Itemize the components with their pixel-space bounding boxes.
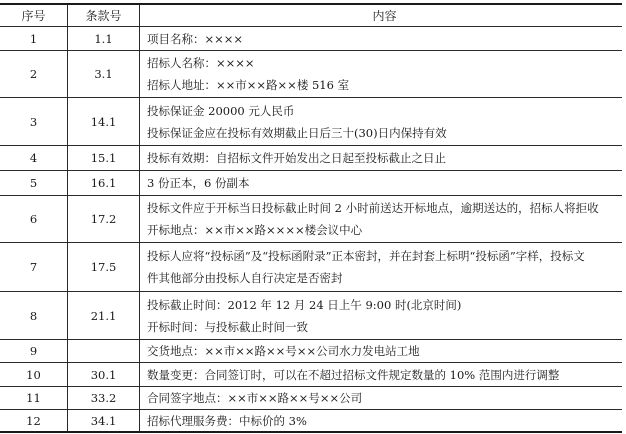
clause-number-cell: 16.1 <box>68 171 140 195</box>
clause-number-cell: 34.1 <box>68 410 140 431</box>
serial-number-cell: 3 <box>0 98 68 145</box>
content-line: 项目名称：×××× <box>147 28 243 50</box>
table-row: 821.1投标截止时间：2012 年 12 月 24 日上午 9:00 时(北京… <box>0 292 622 340</box>
content-cell: 数量变更：合同签订时，可以在不超过招标文件规定数量的 10% 范围内进行调整 <box>140 363 622 386</box>
content-line: 开标地点：××市××路××××楼会议中心 <box>147 219 362 241</box>
table-row: 1133.2合同签字地点：××市××路××号××公司 <box>0 387 622 410</box>
clause-number-cell: 33.2 <box>68 387 140 409</box>
content-line: 交货地点：××市××路××号××公司水力发电站工地 <box>147 340 420 362</box>
content-line: 开标时间：与投标截止时间一致 <box>147 316 308 338</box>
table-row: 1030.1数量变更：合同签订时，可以在不超过招标文件规定数量的 10% 范围内… <box>0 363 622 387</box>
clause-number-cell: 1.1 <box>68 27 140 50</box>
content-line: 件其他部分由投标人自行决定是否密封 <box>147 267 343 289</box>
header-serial-number: 序号 <box>0 5 68 26</box>
table-row: 617.2投标文件应于开标当日投标截止时间 2 小时前送达开标地点，逾期送达的，… <box>0 196 622 243</box>
header-content-label: 内容 <box>372 7 396 24</box>
content-cell: 投标文件应于开标当日投标截止时间 2 小时前送达开标地点，逾期送达的，招标人将拒… <box>140 196 622 242</box>
table-row: 9交货地点：××市××路××号××公司水力发电站工地 <box>0 340 622 363</box>
table-row: 23.1招标人名称：××××招标人地址：××市××路××楼 516 室 <box>0 51 622 98</box>
clause-number-cell <box>68 340 140 362</box>
content-line: 3 份正本，6 份副本 <box>147 172 249 194</box>
serial-number-cell: 5 <box>0 171 68 195</box>
clause-number-cell: 3.1 <box>68 51 140 97</box>
clause-number-cell: 21.1 <box>68 292 140 339</box>
content-line: 招标人名称：×××× <box>147 52 255 74</box>
content-line: 数量变更：合同签订时，可以在不超过招标文件规定数量的 10% 范围内进行调整 <box>147 364 559 386</box>
table-body: 11.1项目名称：××××23.1招标人名称：××××招标人地址：××市××路×… <box>0 27 622 433</box>
clause-number-cell: 17.5 <box>68 243 140 291</box>
content-line: 投标保证金应在投标有效期截止日后三十(30)日内保持有效 <box>147 122 447 144</box>
content-line: 投标人应将“投标函”及“投标函附录”正本密封，并在封套上标明“投标函”字样，投标… <box>147 245 585 267</box>
content-line: 投标保证金 20000 元人民币 <box>147 100 294 122</box>
content-line: 招标人地址：××市××路××楼 516 室 <box>147 74 349 96</box>
clause-number-cell: 14.1 <box>68 98 140 145</box>
content-line: 投标文件应于开标当日投标截止时间 2 小时前送达开标地点，逾期送达的，招标人将拒… <box>147 197 599 219</box>
serial-number-cell: 1 <box>0 27 68 50</box>
table-row: 415.1投标有效期：自招标文件开始发出之日起至投标截止之日止 <box>0 146 622 171</box>
serial-number-cell: 6 <box>0 196 68 242</box>
content-cell: 投标截止时间：2012 年 12 月 24 日上午 9:00 时(北京时间)开标… <box>140 292 622 339</box>
content-cell: 招标代理服务费：中标价的 3% <box>140 410 622 431</box>
serial-number-cell: 10 <box>0 363 68 386</box>
serial-number-cell: 8 <box>0 292 68 339</box>
content-cell: 投标有效期：自招标文件开始发出之日起至投标截止之日止 <box>140 146 622 170</box>
clause-number-cell: 17.2 <box>68 196 140 242</box>
table-row: 314.1投标保证金 20000 元人民币投标保证金应在投标有效期截止日后三十(… <box>0 98 622 146</box>
content-line: 投标截止时间：2012 年 12 月 24 日上午 9:00 时(北京时间) <box>147 294 461 316</box>
serial-number-cell: 2 <box>0 51 68 97</box>
table-row: 11.1项目名称：×××× <box>0 27 622 51</box>
table-row: 516.13 份正本，6 份副本 <box>0 171 622 196</box>
table-header-row: 序号 条款号 内容 <box>0 3 622 27</box>
table-row: 717.5投标人应将“投标函”及“投标函附录”正本密封，并在封套上标明“投标函”… <box>0 243 622 292</box>
clause-number-cell: 30.1 <box>68 363 140 386</box>
bid-data-table: 序号 条款号 内容 11.1项目名称：××××23.1招标人名称：××××招标人… <box>0 3 622 433</box>
content-cell: 3 份正本，6 份副本 <box>140 171 622 195</box>
serial-number-cell: 11 <box>0 387 68 409</box>
table-row: 1234.1招标代理服务费：中标价的 3% <box>0 410 622 433</box>
content-cell: 交货地点：××市××路××号××公司水力发电站工地 <box>140 340 622 362</box>
header-clause-number: 条款号 <box>68 5 140 26</box>
serial-number-cell: 12 <box>0 410 68 431</box>
content-cell: 合同签字地点：××市××路××号××公司 <box>140 387 622 409</box>
serial-number-cell: 4 <box>0 146 68 170</box>
content-cell: 招标人名称：××××招标人地址：××市××路××楼 516 室 <box>140 51 622 97</box>
content-cell: 投标人应将“投标函”及“投标函附录”正本密封，并在封套上标明“投标函”字样，投标… <box>140 243 622 291</box>
serial-number-cell: 9 <box>0 340 68 362</box>
content-line: 投标有效期：自招标文件开始发出之日起至投标截止之日止 <box>147 147 446 169</box>
content-line: 招标代理服务费：中标价的 3% <box>147 410 307 432</box>
clause-number-cell: 15.1 <box>68 146 140 170</box>
serial-number-cell: 7 <box>0 243 68 291</box>
content-cell: 投标保证金 20000 元人民币投标保证金应在投标有效期截止日后三十(30)日内… <box>140 98 622 145</box>
content-cell: 项目名称：×××× <box>140 27 622 50</box>
header-content: 内容 <box>140 5 622 26</box>
content-line: 合同签字地点：××市××路××号××公司 <box>147 387 362 409</box>
